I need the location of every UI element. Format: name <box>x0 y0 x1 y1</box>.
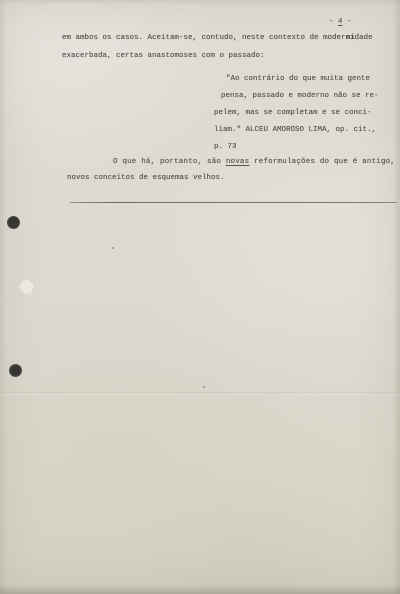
paragraph2-line1-post: reformulações do que é antigo, <box>249 158 395 166</box>
paragraph1-line1-overstrike: ni <box>346 34 355 42</box>
scanned-document-page: - 4 - em ambos os casos. Aceitam-se, con… <box>0 0 400 594</box>
hole-punch-dot-top <box>7 216 20 229</box>
quote-line-1: "Ao contrário do que muita gente <box>226 74 370 84</box>
quote-line-2: pensa, passado e moderno não se re- <box>221 91 379 101</box>
paragraph2-line1: O que há, portanto, são novas reformulaç… <box>113 157 395 167</box>
paragraph1-line1-pre: em ambos os casos. Aceitam-se, contudo, … <box>62 34 346 42</box>
paragraph2-line2: novos conceitos de esquemas velhos. <box>67 173 225 183</box>
page-number: - 4 - <box>329 17 352 27</box>
paragraph1-line2: exacerbada, certas anastomoses com o pas… <box>62 51 265 61</box>
paragraph1-line1-post: dade <box>355 34 373 42</box>
horizontal-rule <box>70 202 397 203</box>
paragraph2-line1-emphasis: novas <box>226 158 250 166</box>
quote-page-reference: p. 73 <box>214 142 237 152</box>
page-number-pre: - <box>329 18 338 26</box>
paper-speck <box>112 247 114 249</box>
quote-citation-line: liam." ALCEU AMOROSO LIMA, op. cit., <box>214 125 376 135</box>
torn-paper-hole <box>19 279 35 294</box>
hole-punch-dot-bottom <box>9 364 22 377</box>
paragraph2-line1-pre: O que há, portanto, são <box>113 158 226 166</box>
paper-crease-line <box>0 392 400 395</box>
page-number-post: - <box>343 18 352 26</box>
paper-speck <box>203 386 205 388</box>
paragraph1-line1: em ambos os casos. Aceitam-se, contudo, … <box>62 33 373 43</box>
quote-line-3: pelem, mas se completam e se conci- <box>214 108 372 118</box>
